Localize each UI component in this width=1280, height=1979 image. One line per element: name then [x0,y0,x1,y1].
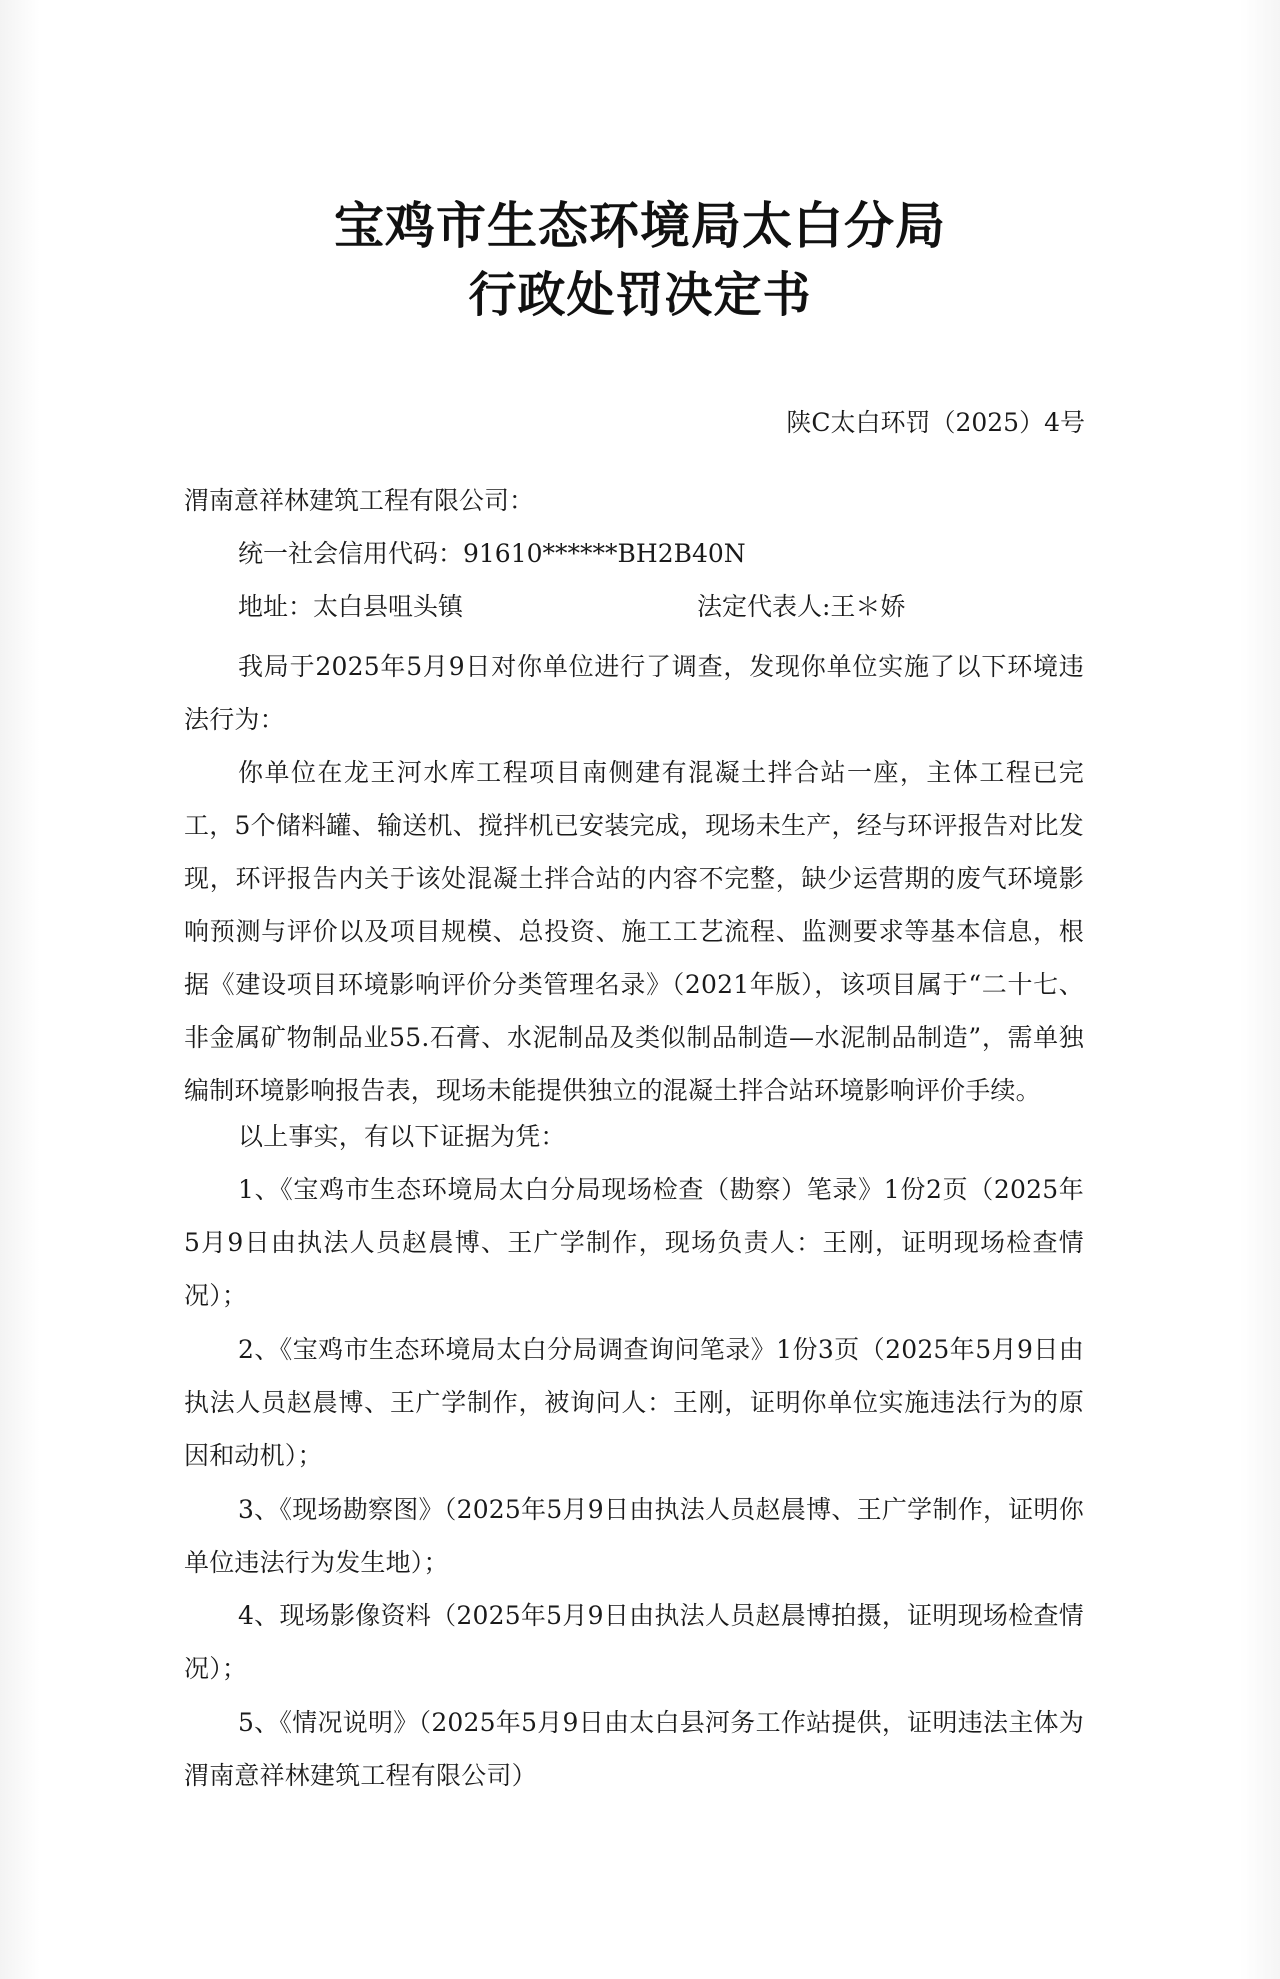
evidence-item-5: 5、《情况说明》（2025年5月9日由太白县河务工作站提供，证明违法主体为渭南意… [184,1696,1084,1802]
evidence-item-4: 4、现场影像资料（2025年5月9日由执法人员赵晨博拍摄，证明现场检查情况）； [184,1589,1084,1695]
evidence-item-1: 1、《宝鸡市生态环境局太白分局现场检查（勘察）笔录》1份2页（2025年5月9日… [184,1163,1084,1322]
investigation-paragraph: 我局于2025年5月9日对你单位进行了调查，发现你单位实施了以下环境违法行为： [184,640,1084,746]
recipient-company: 渭南意祥林建筑工程有限公司： [184,483,534,519]
document-page: 宝鸡市生态环境局太白分局 行政处罚决定书 陕C太白环罚（2025）4号 渭南意祥… [0,0,1280,1979]
document-title-type: 行政处罚决定书 [0,266,1280,324]
legal-representative: 法定代表人:王＊娇 [697,589,905,625]
document-number: 陕C太白环罚（2025）4号 [786,406,1085,440]
evidence-item-3: 3、《现场勘察图》（2025年5月9日由执法人员赵晨博、王广学制作，证明你单位违… [184,1483,1084,1589]
credit-code: 统一社会信用代码：91610******BH2B40N [238,536,746,572]
evidence-intro: 以上事实，有以下证据为凭： [184,1110,1084,1163]
evidence-item-2: 2、《宝鸡市生态环境局太白分局调查询问笔录》1份3页（2025年5月9日由执法人… [184,1323,1084,1482]
document-title-agency: 宝鸡市生态环境局太白分局 [0,196,1280,256]
address: 地址：太白县咀头镇 [238,589,463,625]
violation-paragraph: 你单位在龙王河水库工程项目南侧建有混凝土拌合站一座，主体工程已完工，5个储料罐、… [184,746,1084,1117]
